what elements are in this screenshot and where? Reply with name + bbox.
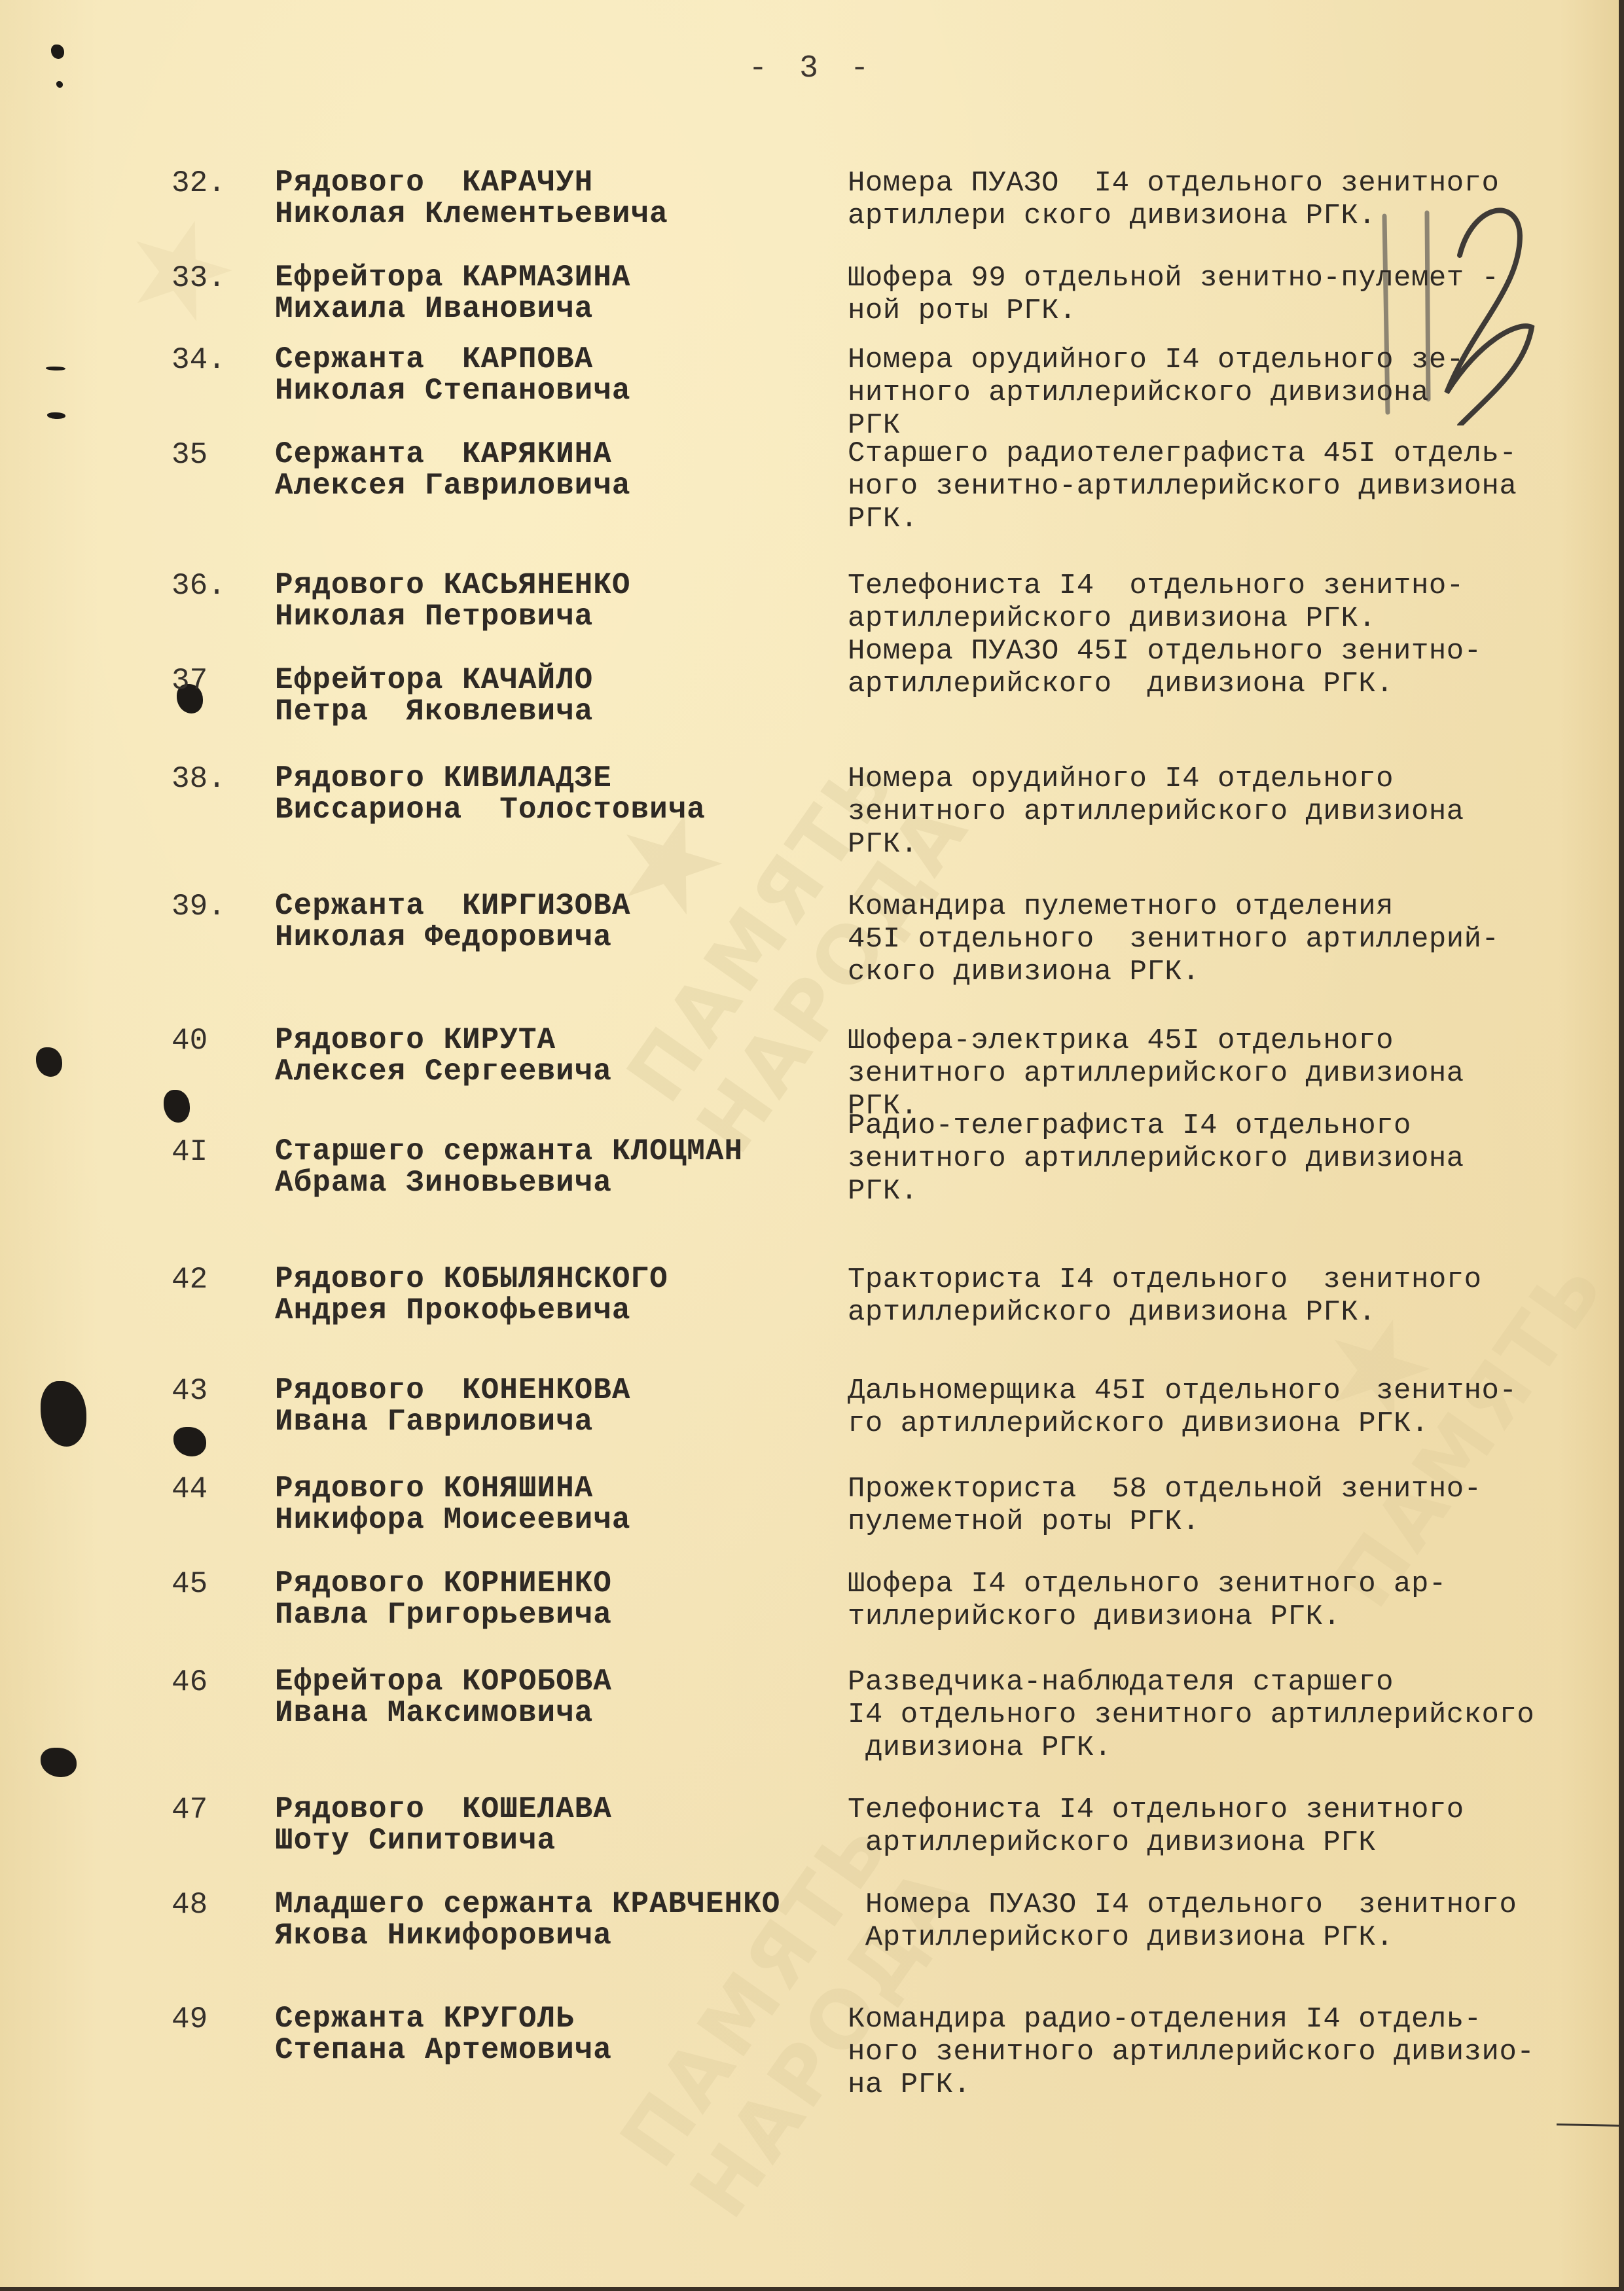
position-description-line: на РГК. [848,2068,1614,2101]
position-description-line: артиллерийского дивизиона РГК [848,1826,1614,1859]
rank-surname: Рядового КОНЯШИНА [275,1473,593,1504]
rank-surname: Рядового КАСЬЯНЕНКО [275,569,631,601]
rank-surname: Старшего сержанта КЛОЦМАН [275,1136,743,1167]
position-description-line: артиллерийского дивизиона РГК. [848,1296,1614,1329]
rank-surname: Сержанта КРУГОЛЬ [275,2003,575,2034]
position-description-line: Номера орудийного I4 отдельного [848,763,1614,795]
rank-surname: Сержанта КАРЯКИНА [275,439,612,470]
entry-number: 34. [171,344,226,376]
entry-number: 48 [171,1888,208,1921]
position-description-line: ного зенитного артиллерийского дивизио- [848,2036,1614,2068]
given-names: Якова Никифоровича [275,1920,612,1951]
position-description-line: Командира пулеметного отделения [848,890,1614,923]
given-names: Виссариона Толостовича [275,794,706,825]
given-names: Шоту Сипитовича [275,1825,556,1856]
rank-surname: Сержанта КИРГИЗОВА [275,890,631,922]
entry-number: 45 [171,1568,208,1600]
given-names: Павла Григорьевича [275,1599,612,1631]
position-description-line: Номера ПУАЗО I4 отдельного зенитного [848,1888,1614,1921]
position-description-line: ной роты РГК. [848,295,1614,327]
rank-surname: Младшего сержанта КРАВЧЕНКО [275,1888,780,1920]
position-description-line: зенитного артиллерийского дивизиона [848,1057,1614,1090]
given-names: Алексея Гавриловича [275,470,631,501]
rank-surname: Ефрейтора КАЧАЙЛО [275,664,593,696]
entry-number: 47 [171,1794,208,1826]
given-names: Ивана Гавриловича [275,1406,593,1437]
position-description-line: Шофера-электрика 45I отдельного [848,1024,1614,1057]
entry-number: 38. [171,763,226,795]
entry-number: 42 [171,1263,208,1296]
given-names: Степана Артемовича [275,2034,612,2066]
position-description-line: Командира радио-отделения I4 отдель- [848,2003,1614,2036]
position-description-line: Номера ПУАЗО 45I отдельного зенитно- [848,635,1614,668]
page-number: - 3 - [0,51,1624,86]
position-description-line: артиллерийского дивизиона РГК. [848,668,1614,700]
entry-number: 33. [171,262,226,295]
position-description-line: Шофера I4 отдельного зенитного ар- [848,1568,1614,1600]
given-names: Николая Степановича [275,375,631,406]
given-names: Андрея Прокофьевича [275,1295,631,1326]
given-names: Петра Яковлевича [275,696,593,727]
position-description-line: нитного артиллерийского дивизиона [848,376,1614,409]
position-description-line: Разведчика-наблюдателя старшего [848,1666,1614,1699]
position-description-line: Шофера 99 отдельной зенитно-пулемет - [848,262,1614,295]
position-description-line: Номера орудийного I4 отдельного зе- [848,344,1614,376]
position-description-line: зенитного артиллерийского дивизиона [848,795,1614,828]
position-description-line: РГК. [848,503,1614,535]
given-names: Михаила Ивановича [275,293,593,325]
position-description-line: Артиллерийского дивизиона РГК. [848,1921,1614,1954]
position-description-line: пулеметной роты РГК. [848,1506,1614,1538]
rank-surname: Рядового КОНЕНКОВА [275,1375,631,1406]
position-description-line: артиллерийского дивизиона РГК. [848,602,1614,635]
rank-surname: Рядового КОРНИЕНКО [275,1568,612,1599]
rank-surname: Ефрейтора КАРМАЗИНА [275,262,631,293]
rank-surname: Сержанта КАРПОВА [275,344,593,375]
page-edge [1619,0,1624,2291]
entry-number: 46 [171,1666,208,1699]
page-edge [0,2287,1624,2291]
rank-surname: Рядового КИВИЛАДЗЕ [275,763,612,794]
entry-number: 35 [171,439,208,471]
position-description-line: ного зенитно-артиллерийского дивизиона [848,470,1614,503]
position-description-line: Тракториста I4 отдельного зенитного [848,1263,1614,1296]
position-description-line: Телефониста I4 отдельного зенитно- [848,569,1614,602]
position-description-line: Номера ПУАЗО I4 отдельного зенитного [848,167,1614,200]
position-description-line: артиллери ского дивизиона РГК. [848,200,1614,232]
entry-number: 39. [171,890,226,923]
entry-number: 44 [171,1473,208,1506]
entry-number: 43 [171,1375,208,1407]
rank-surname: Рядового КОШЕЛАВА [275,1794,612,1825]
entry-number: 49 [171,2003,208,2036]
position-description-line: Радио-телеграфиста I4 отдельного [848,1109,1614,1142]
rank-surname: Рядового КАРАЧУН [275,167,593,198]
position-description-line: Старшего радиотелеграфиста 45I отдель- [848,437,1614,470]
rank-surname: Рядового КОБЫЛЯНСКОГО [275,1263,668,1295]
entry-number: 37 [171,664,208,697]
position-description-line: ского дивизиона РГК. [848,956,1614,988]
entry-number: 32. [171,167,226,200]
given-names: Николая Клементьевича [275,198,668,230]
rank-surname: Ефрейтора КОРОБОВА [275,1666,612,1697]
position-description-line: Дальномерщика 45I отдельного зенитно- [848,1375,1614,1407]
entry-number: 36. [171,569,226,602]
given-names: Алексея Сергеевича [275,1056,612,1087]
position-description-line: го артиллерийского дивизиона РГК. [848,1407,1614,1440]
position-description-line: РГК. [848,1175,1614,1208]
position-description-line: РГК. [848,828,1614,861]
position-description-line: зенитного артиллерийского дивизиона [848,1142,1614,1175]
entry-number: 40 [171,1024,208,1057]
given-names: Николая Федоровича [275,922,612,953]
given-names: Ивана Максимовича [275,1697,593,1729]
position-description-line: тиллерийского дивизиона РГК. [848,1600,1614,1633]
position-description-line: I4 отдельного зенитного артиллерийского [848,1699,1614,1731]
position-description-line: дивизиона РГК. [848,1731,1614,1764]
position-description-line: Телефониста I4 отдельного зенитного [848,1794,1614,1826]
position-description-line: Прожекториста 58 отдельной зенитно- [848,1473,1614,1506]
given-names: Абрама Зиновьевича [275,1167,612,1199]
given-names: Никифора Моисеевича [275,1504,631,1536]
position-description-line: 45I отдельного зенитного артиллерий- [848,923,1614,956]
given-names: Николая Петровича [275,601,593,632]
rank-surname: Рядового КИРУТА [275,1024,556,1056]
entry-number: 4I [171,1136,208,1168]
